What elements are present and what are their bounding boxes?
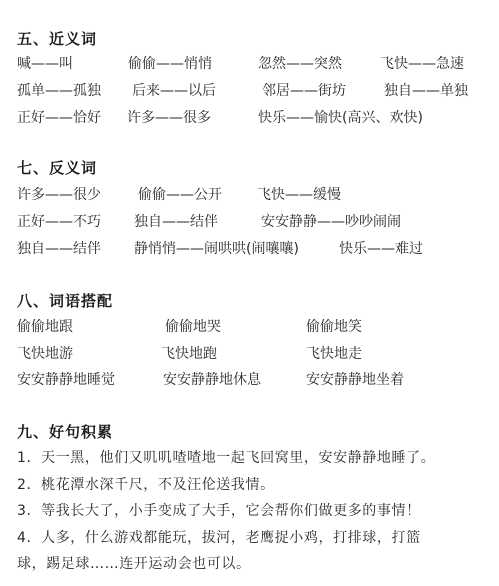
phrase: 偷偷地笑 bbox=[306, 316, 362, 336]
phrase: 飞快地走 bbox=[306, 343, 362, 363]
sentence-line: 2．桃花潭水深千尺，不及汪伦送我情。 bbox=[17, 474, 275, 494]
word-pair: 后来——以后 bbox=[132, 80, 216, 100]
word-pair: 快乐——难过 bbox=[339, 238, 423, 258]
word-pair: 飞快——缓慢 bbox=[257, 184, 341, 204]
phrase: 安安静静地坐着 bbox=[306, 369, 404, 389]
word-pair: 喊——叫 bbox=[17, 53, 73, 73]
word-pair: 独自——结伴 bbox=[134, 211, 218, 231]
word-pair: 正好——不巧 bbox=[17, 211, 101, 231]
phrase: 安安静静地休息 bbox=[163, 369, 261, 389]
word-pair: 许多——很少 bbox=[17, 184, 101, 204]
word-pair: 安安静静——吵吵闹闹 bbox=[261, 211, 401, 231]
section-title: 九、好句积累 bbox=[17, 421, 113, 442]
phrase: 偷偷地哭 bbox=[165, 316, 221, 336]
word-pair: 偷偷——悄悄 bbox=[128, 53, 212, 73]
section-title: 五、近义词 bbox=[17, 28, 97, 49]
word-pair: 快乐——愉快(高兴、欢快) bbox=[258, 107, 423, 127]
phrase: 安安静静地睡觉 bbox=[17, 369, 115, 389]
word-pair: 独自——结伴 bbox=[17, 238, 101, 258]
phrase: 飞快地游 bbox=[17, 343, 73, 363]
word-pair: 许多——很多 bbox=[127, 107, 211, 127]
sentence-line: 4．人多，什么游戏都能玩，拔河，老鹰捉小鸡，打排球，打篮 bbox=[17, 527, 421, 547]
phrase: 偷偷地跟 bbox=[17, 316, 73, 336]
word-pair: 静悄悄——闹哄哄(闹嚷嚷) bbox=[134, 238, 299, 258]
sentence-line: 球，踢足球……连开运动会也可以。 bbox=[17, 553, 251, 573]
word-pair: 邻居——街坊 bbox=[262, 80, 346, 100]
section-title: 八、词语搭配 bbox=[17, 290, 113, 311]
word-pair: 飞快——急速 bbox=[380, 53, 464, 73]
word-pair: 正好——恰好 bbox=[17, 107, 101, 127]
section-title: 七、反义词 bbox=[17, 157, 97, 178]
word-pair: 偷偷——公开 bbox=[138, 184, 222, 204]
sentence-line: 3．等我长大了，小手变成了大手，它会帮你们做更多的事情！ bbox=[17, 500, 421, 520]
phrase: 飞快地跑 bbox=[161, 343, 217, 363]
word-pair: 忽然——突然 bbox=[258, 53, 342, 73]
word-pair: 独自——单独 bbox=[384, 80, 468, 100]
sentence-line: 1．天一黑，他们又叽叽喳喳地一起飞回窝里，安安静静地睡了。 bbox=[17, 447, 435, 467]
word-pair: 孤单——孤独 bbox=[17, 80, 101, 100]
